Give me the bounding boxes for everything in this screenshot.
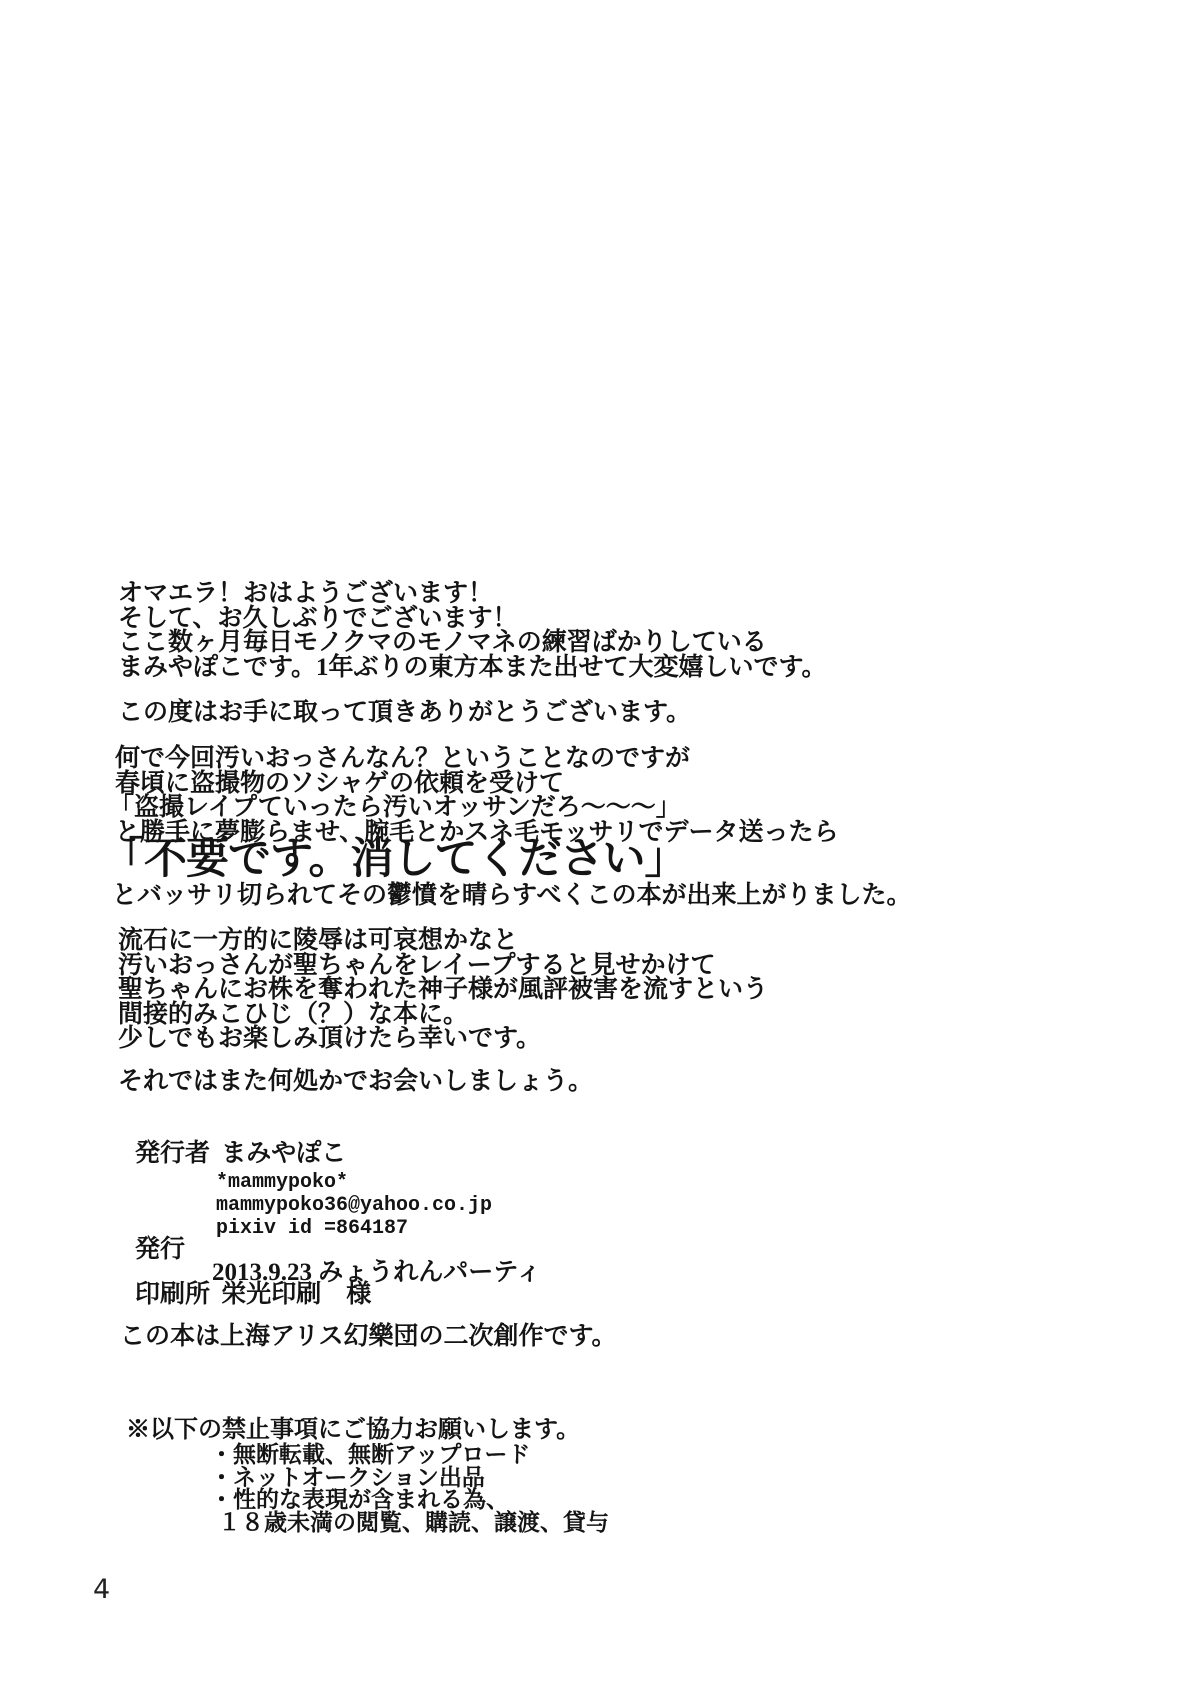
story-intro: 何で今回汚いおっさんなん？ということなのですが 春頃に盗撮物のソシャゲの依頼を受…: [115, 747, 839, 845]
publisher-row: 発行者 まみやぽこ: [135, 1142, 346, 1167]
book-description-line: 間接的みこひじ（？）な本に。: [118, 1003, 768, 1028]
prohibition-item: ・性的な表現が含まれる為、: [210, 1489, 609, 1512]
greeting-line: ここ数ヶ月毎日モノクマのモノマネの練習ばかりしている: [118, 631, 827, 656]
prohibition-item: ・ネットオークション出品: [210, 1467, 609, 1490]
story-intro-line: 春頃に盗撮物のソシャゲの依頼を受けて: [115, 772, 839, 797]
rejection-quote-headline: 「不要です。消してください」: [102, 838, 687, 882]
book-description-line: 汚いおっさんが聖ちゃんをレイープすると見せかけて: [118, 954, 768, 979]
printer-row: 印刷所 栄光印刷 様: [135, 1283, 371, 1308]
publisher-label: 発行者: [135, 1142, 215, 1167]
publisher-handle: *mammypoko*: [216, 1172, 348, 1194]
publisher-name: まみやぽこ: [221, 1140, 346, 1167]
publisher-email: mammypoko36@yahoo.co.jp: [216, 1195, 492, 1217]
greeting-line: まみやぽこです。1年ぶりの東方本また出せて大変嬉しいです。: [118, 656, 827, 681]
story-intro-line: 何で今回汚いおっさんなん？ということなのですが: [115, 747, 839, 772]
prohibition-item: ・無断転載、無断アップロード: [210, 1444, 609, 1467]
printer-label: 印刷所: [135, 1283, 215, 1308]
book-description: 流石に一方的に陵辱は可哀想かなと 汚いおっさんが聖ちゃんをレイープすると見せかけ…: [118, 929, 768, 1052]
story-outro-line: とバッサリ切られてその鬱憤を晴らすべくこの本が出来上がりました。: [112, 884, 912, 909]
story-intro-line: 「盗撮レイプていったら汚いオッサンだろ～～～」: [109, 796, 839, 821]
greeting-line: オマエラ！おはようございます！: [118, 582, 827, 607]
book-description-line: 少しでもお楽しみ頂けたら幸いです。: [118, 1027, 768, 1052]
book-description-line: 聖ちゃんにお株を奪われた神子様が風評被害を流すという: [118, 978, 768, 1003]
farewell-line: それではまた何処かでお会いしましょう。: [118, 1070, 593, 1095]
publisher-pixiv-id: pixiv id =864187: [216, 1218, 408, 1240]
page-number: 4: [93, 1574, 110, 1605]
greeting-line: そして、お久しぶりでございます！: [118, 607, 827, 632]
afterword-greeting: オマエラ！おはようございます！ そして、お久しぶりでございます！ ここ数ヶ月毎日…: [118, 582, 827, 680]
prohibition-item: １８歳未満の閲覧、購読、譲渡、貸与: [218, 1512, 609, 1535]
thanks-line: この度はお手に取って頂きありがとうございます。: [118, 701, 691, 726]
publication-label: 発行: [135, 1238, 185, 1263]
book-description-line: 流石に一方的に陵辱は可哀想かなと: [118, 929, 768, 954]
printer-value: 栄光印刷 様: [221, 1281, 371, 1308]
derivative-note: この本は上海アリス幻樂団の二次創作です。: [120, 1325, 617, 1350]
prohibitions-list: ・無断転載、無断アップロード ・ネットオークション出品 ・性的な表現が含まれる為…: [210, 1444, 609, 1534]
prohibitions-heading: ※以下の禁止事項にご協力お願いします。: [126, 1418, 580, 1443]
